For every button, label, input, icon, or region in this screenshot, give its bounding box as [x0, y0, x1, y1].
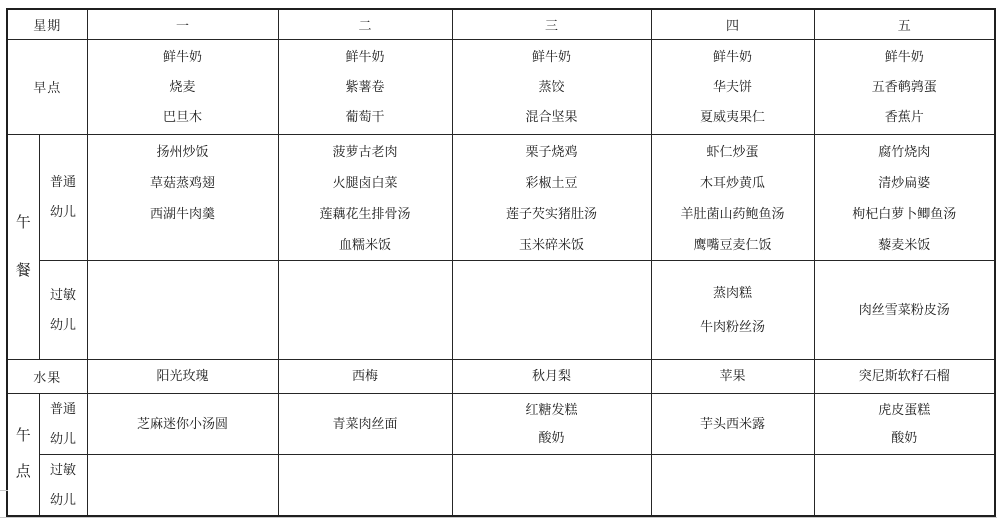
cell-snack-normal-wed: 红糖发糕 酸奶	[452, 393, 651, 454]
cell-snack-normal-mon: 芝麻迷你小汤圆	[87, 393, 278, 454]
cell-snack-normal-tue: 青菜肉丝面	[278, 393, 452, 454]
cell-fruit-thu: 苹果	[651, 359, 814, 393]
lunch-normal-sublabel: 普通 幼儿	[39, 134, 87, 260]
snack-allergy-row: 过敏 幼儿	[7, 454, 995, 516]
header-row: 星期 一 二 三 四 五	[7, 9, 995, 39]
cell-snack-allergy-thu	[651, 454, 814, 516]
weekly-menu-table: 星期 一 二 三 四 五 早点 鲜牛奶 烧麦 巴旦木 鲜牛奶 紫薯卷 葡萄干 鲜…	[6, 8, 996, 517]
day-header-tue: 二	[278, 9, 452, 39]
cell-snack-allergy-fri	[814, 454, 995, 516]
fruit-label: 水果	[7, 359, 87, 393]
cell-snack-normal-fri: 虎皮蛋糕 酸奶	[814, 393, 995, 454]
cell-lunch-allergy-wed	[452, 260, 651, 359]
snack-label-text: 午点	[15, 418, 32, 490]
breakfast-row: 早点 鲜牛奶 烧麦 巴旦木 鲜牛奶 紫薯卷 葡萄干 鲜牛奶 蒸饺 混合坚果 鲜牛…	[7, 39, 995, 134]
cell-breakfast-mon: 鲜牛奶 烧麦 巴旦木	[87, 39, 278, 134]
cell-lunch-normal-thu: 虾仁炒蛋 木耳炒黄瓜 羊肚菌山药鲍鱼汤 鹰嘴豆麦仁饭	[651, 134, 814, 260]
day-header-thu: 四	[651, 9, 814, 39]
lunch-allergy-row: 过敏 幼儿 蒸肉糕 牛肉粉丝汤 肉丝雪菜粉皮汤	[7, 260, 995, 359]
cell-snack-allergy-wed	[452, 454, 651, 516]
cell-fruit-tue: 西梅	[278, 359, 452, 393]
cell-fruit-fri: 突尼斯软籽石榴	[814, 359, 995, 393]
cell-snack-allergy-mon	[87, 454, 278, 516]
cell-lunch-normal-tue: 菠萝古老肉 火腿卤白菜 莲藕花生排骨汤 血糯米饭	[278, 134, 452, 260]
cell-breakfast-thu: 鲜牛奶 华夫饼 夏威夷果仁	[651, 39, 814, 134]
cell-breakfast-tue: 鲜牛奶 紫薯卷 葡萄干	[278, 39, 452, 134]
cell-lunch-normal-fri: 腐竹烧肉 清炒扁婆 枸杞白萝卜鲫鱼汤 藜麦米饭	[814, 134, 995, 260]
cell-lunch-allergy-thu: 蒸肉糕 牛肉粉丝汤	[651, 260, 814, 359]
cell-lunch-allergy-tue	[278, 260, 452, 359]
snack-label: 午点	[7, 393, 39, 516]
cell-lunch-allergy-fri: 肉丝雪菜粉皮汤	[814, 260, 995, 359]
lunch-allergy-sublabel: 过敏 幼儿	[39, 260, 87, 359]
cell-lunch-allergy-mon	[87, 260, 278, 359]
gridline-artifact-bottom	[0, 517, 997, 518]
snack-allergy-sublabel: 过敏 幼儿	[39, 454, 87, 516]
cell-lunch-normal-mon: 扬州炒饭 草菇蒸鸡翅 西湖牛肉羹	[87, 134, 278, 260]
cell-fruit-mon: 阳光玫瑰	[87, 359, 278, 393]
fruit-row: 水果 阳光玫瑰 西梅 秋月梨 苹果 突尼斯软籽石榴	[7, 359, 995, 393]
cell-fruit-wed: 秋月梨	[452, 359, 651, 393]
day-header-fri: 五	[814, 9, 995, 39]
lunch-label-text: 午餐	[15, 199, 32, 295]
cell-snack-allergy-tue	[278, 454, 452, 516]
menu-sheet: 星期 一 二 三 四 五 早点 鲜牛奶 烧麦 巴旦木 鲜牛奶 紫薯卷 葡萄干 鲜…	[0, 0, 1000, 522]
lunch-label: 午餐	[7, 134, 39, 359]
gridline-artifact-left	[0, 490, 8, 491]
day-header-mon: 一	[87, 9, 278, 39]
breakfast-label: 早点	[7, 39, 87, 134]
snack-normal-sublabel: 普通 幼儿	[39, 393, 87, 454]
corner-label-weekday: 星期	[7, 9, 87, 39]
lunch-normal-row: 午餐 普通 幼儿 扬州炒饭 草菇蒸鸡翅 西湖牛肉羹 菠萝古老肉 火腿卤白菜 莲藕…	[7, 134, 995, 260]
cell-breakfast-wed: 鲜牛奶 蒸饺 混合坚果	[452, 39, 651, 134]
cell-breakfast-fri: 鲜牛奶 五香鹌鹑蛋 香蕉片	[814, 39, 995, 134]
cell-lunch-normal-wed: 栗子烧鸡 彩椒土豆 莲子芡实猪肚汤 玉米碎米饭	[452, 134, 651, 260]
day-header-wed: 三	[452, 9, 651, 39]
snack-normal-row: 午点 普通 幼儿 芝麻迷你小汤圆 青菜肉丝面 红糖发糕 酸奶 芋头西米露 虎皮蛋…	[7, 393, 995, 454]
cell-snack-normal-thu: 芋头西米露	[651, 393, 814, 454]
